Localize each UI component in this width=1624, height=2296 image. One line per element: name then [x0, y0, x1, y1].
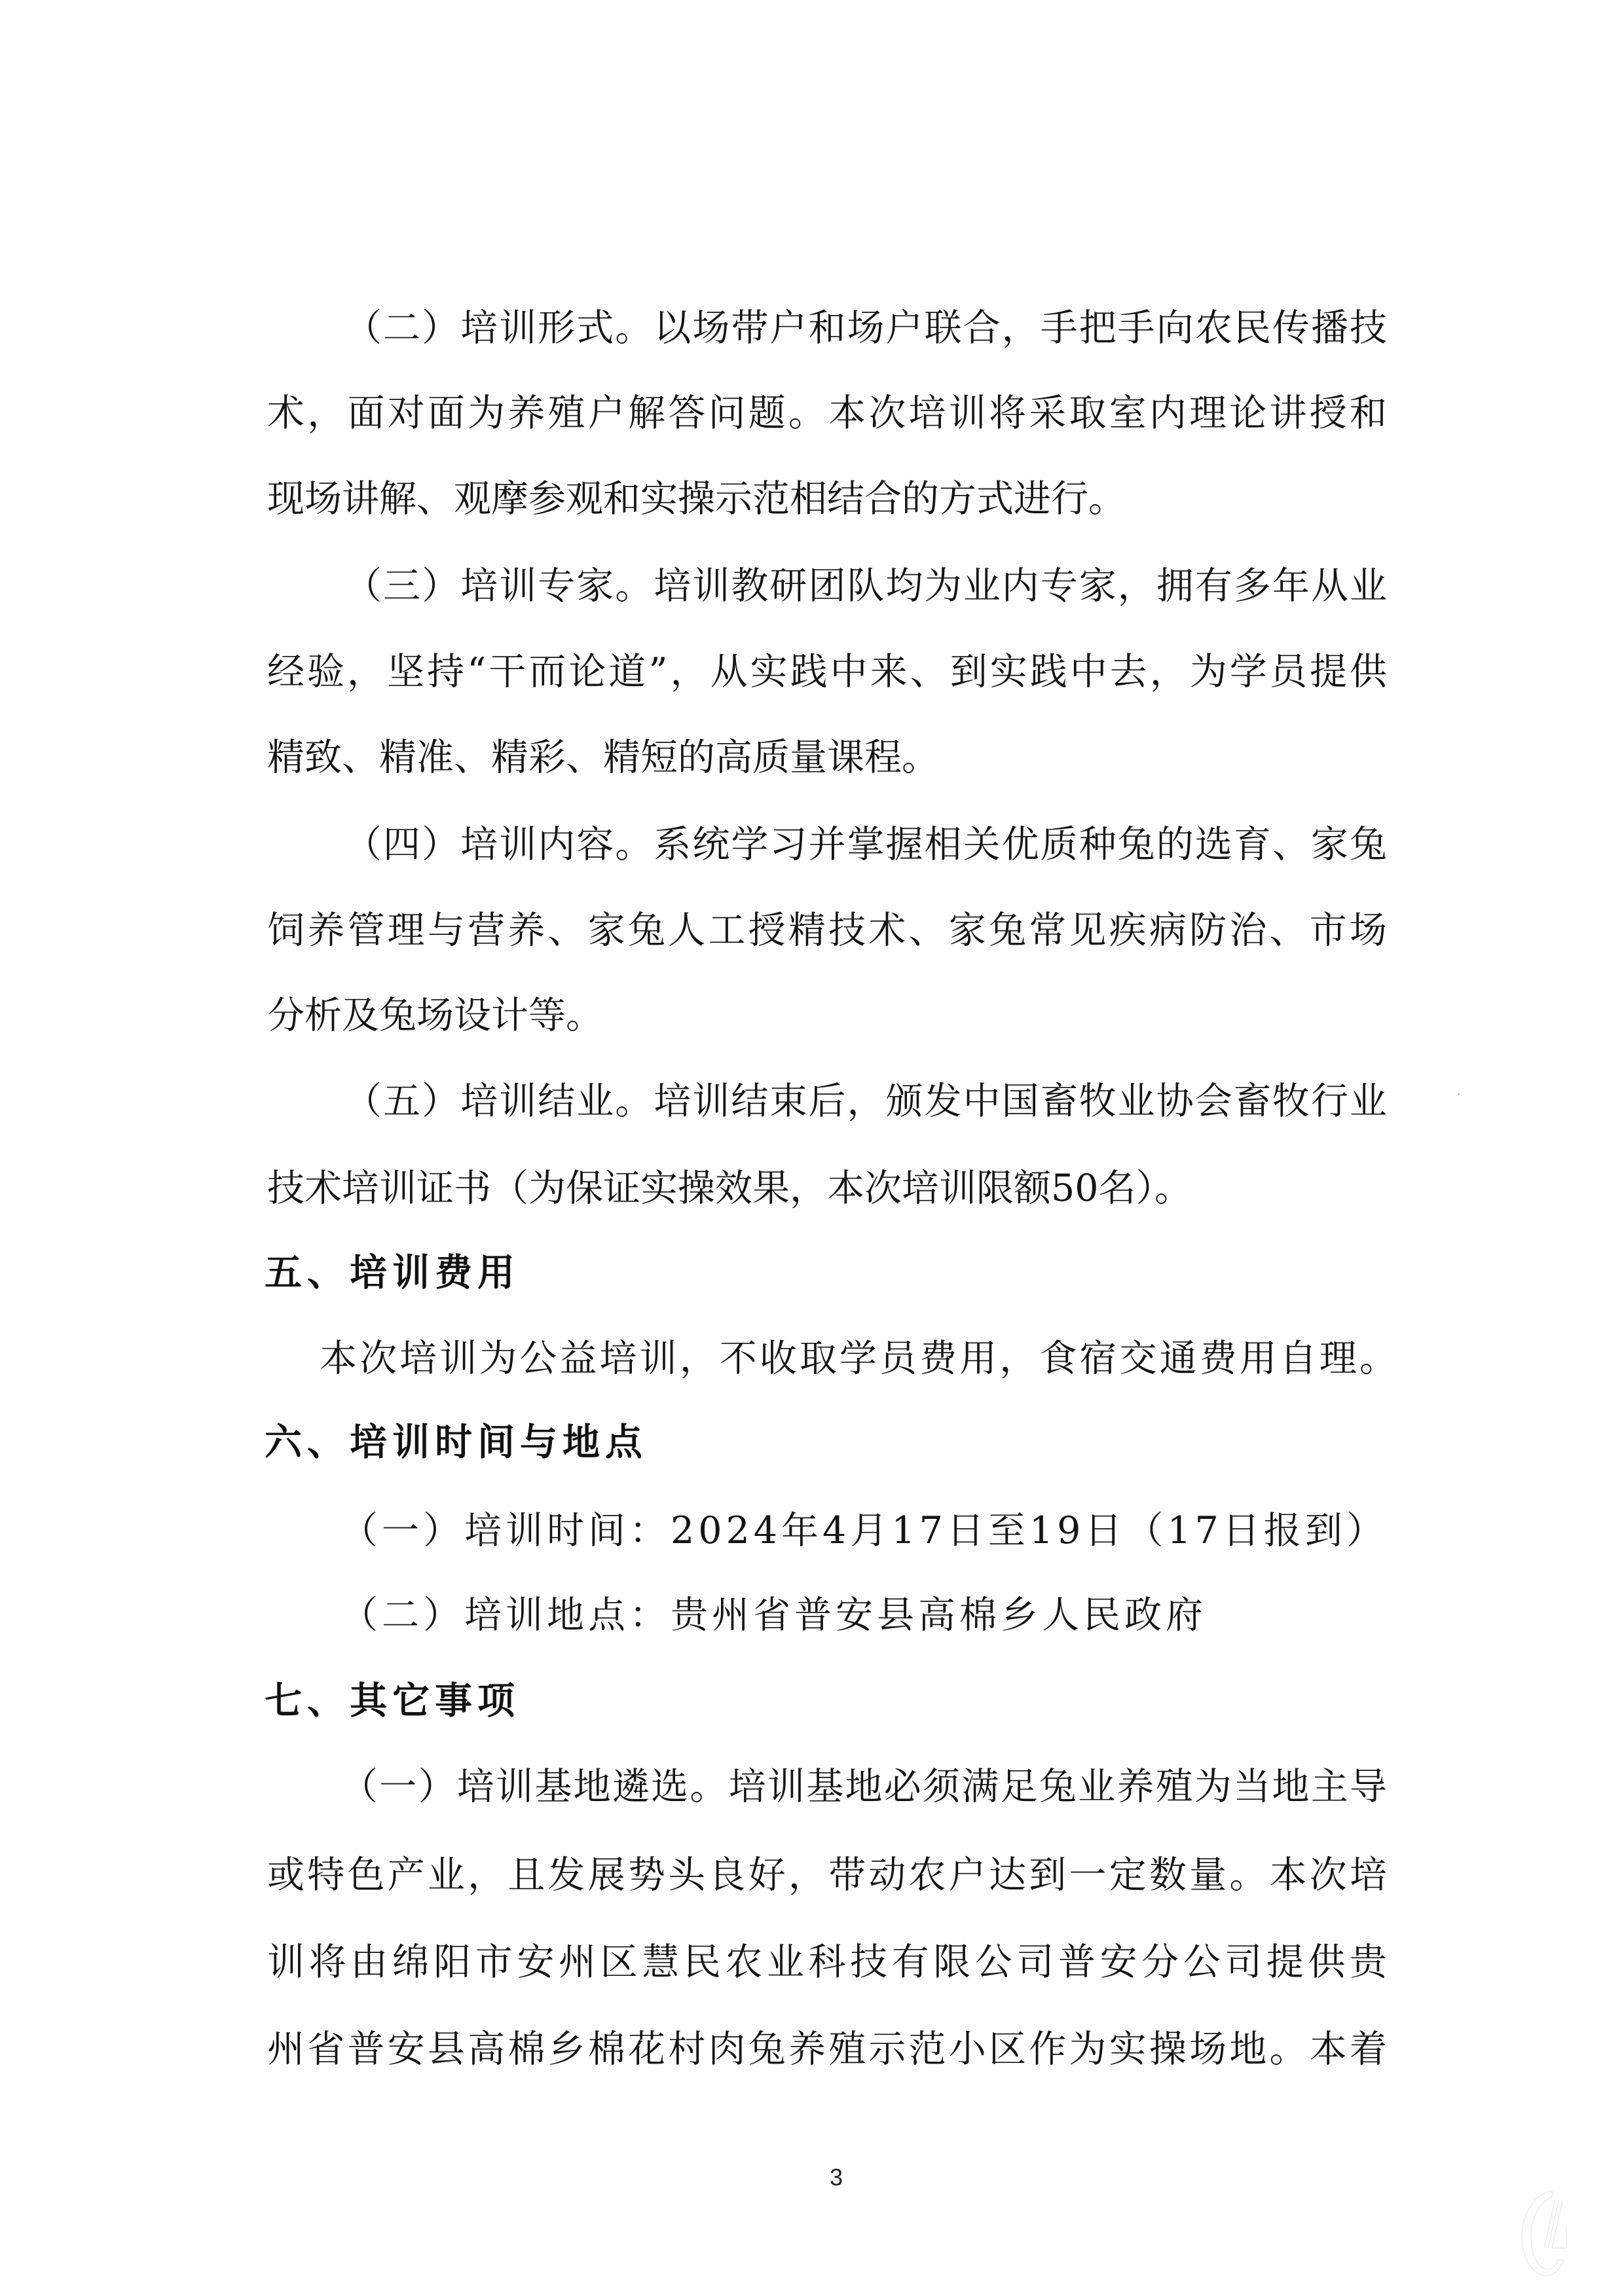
paragraph-training-content-line-1: （四）培训内容。系统学习并掌握相关优质种兔的选育、家兔	[344, 818, 1387, 871]
section-heading-time-place: 六、培训时间与地点	[265, 1416, 648, 1468]
paragraph-training-format-line-1: （二）培训形式。以场带户和场户联合，手把手向农民传播技	[344, 302, 1387, 354]
training-place: （二）培训地点：贵州省普安县高棉乡人民政府	[341, 1589, 1126, 1641]
paragraph-other-matters-line-4: 州省普安县高棉乡棉花村肉兔养殖示范小区作为实操场地。本着	[267, 2023, 1387, 2075]
paragraph-other-matters-line-2: 或特色产业，且发展势头良好，带动农户达到一定数量。本次培	[267, 1849, 1387, 1901]
section-heading-other-matters: 七、其它事项	[265, 1675, 520, 1727]
paragraph-other-matters-line-3: 训将由绵阳市安州区慧民农业科技有限公司普安分公司提供贵	[267, 1936, 1387, 1988]
watermark-logo-icon	[1518, 2188, 1570, 2280]
paragraph-training-content-line-2: 饲养管理与营养、家兔人工授精技术、家兔常见疾病防治、市场	[267, 904, 1387, 957]
paragraph-other-matters-line-1: （一）培训基地遴选。培训基地必须满足兔业养殖为当地主导	[341, 1760, 1387, 1813]
section-heading-fees: 五、培训费用	[265, 1247, 520, 1299]
paragraph-training-experts-line-1: （三）培训专家。培训教研团队均为业内专家，拥有多年从业	[344, 560, 1387, 612]
paragraph-training-content-line-3: 分析及兔场设计等。	[267, 989, 1387, 1042]
scan-speck	[1458, 1093, 1460, 1095]
paragraph-training-format-line-3: 现场讲解、观摩参观和实操示范相结合的方式进行。	[267, 473, 1387, 525]
paragraph-training-completion-line-1: （五）培训结业。培训结束后，颁发中国畜牧业协会畜牧行业	[344, 1075, 1387, 1127]
paragraph-training-experts-line-2: 经验，坚持“干而论道”，从实践中来、到实践中去，为学员提供	[267, 646, 1387, 698]
training-time: （一）培训时间：2024年4月17日至19日（17日报到）	[341, 1504, 1310, 1557]
paragraph-training-completion-line-2: 技术培训证书（为保证实操效果，本次培训限额50名）。	[267, 1162, 1387, 1214]
paragraph-training-experts-line-3: 精致、精准、精彩、精短的高质量课程。	[267, 731, 1387, 784]
paragraph-training-format-line-2: 术，面对面为养殖户解答问题。本次培训将采取室内理论讲授和	[267, 387, 1387, 439]
paragraph-fees: 本次培训为公益培训，不收取学员费用，食宿交通费用自理。	[320, 1332, 1397, 1385]
page-number: 3	[826, 2164, 846, 2191]
document-page: （二）培训形式。以场带户和场户联合，手把手向农民传播技 术，面对面为养殖户解答问…	[0, 0, 1624, 2296]
